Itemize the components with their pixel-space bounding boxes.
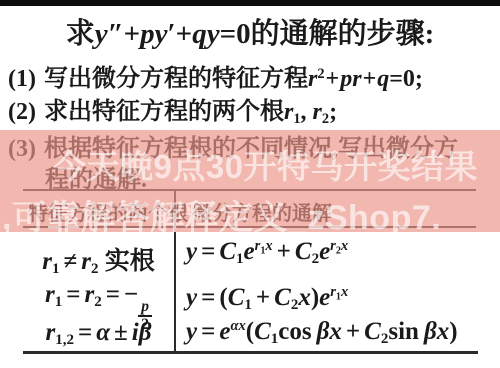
math-subscript-1: 1 (293, 111, 300, 127)
step-2-number: (2) (8, 99, 36, 125)
table-row-1-roots: r1≠r2 实根 (23, 241, 174, 278)
math-r: r (85, 281, 95, 308)
step-2-text: 求出特征方程的两个根 (44, 99, 284, 125)
fraction-numerator: p (138, 299, 152, 317)
math-comma: , (301, 99, 313, 125)
math-py: py (140, 18, 167, 50)
math-x: x (265, 238, 272, 254)
math-subscript-2: 2 (322, 111, 329, 127)
math-minus: − (124, 281, 138, 308)
step-2: (2)求出特征方程的两个根r1, r2; (8, 91, 337, 128)
math-equals: = (197, 238, 219, 265)
math-equals: = (197, 318, 219, 345)
math-y: y (186, 238, 197, 265)
math-subscript: 1 (244, 297, 252, 313)
math-x: x (298, 284, 311, 311)
math-double-prime: ″+ (108, 18, 141, 50)
math-plus: + (342, 318, 364, 345)
math-qy: qy (192, 18, 219, 50)
math-equals: = (74, 319, 96, 346)
math-subscript: 1 (236, 251, 244, 267)
step-1-text: 写出微分方程的特征方程 (44, 66, 308, 92)
math-C: C (274, 284, 291, 311)
math-paren-open: ( (219, 284, 227, 311)
math-C: C (364, 318, 381, 345)
math-plus: + (252, 284, 274, 311)
table-row-3-roots: r1,2=α±iβ (23, 319, 174, 349)
math-C: C (228, 284, 245, 311)
math-y: y (95, 18, 108, 50)
math-subscript: 2 (312, 251, 320, 267)
math-plus-minus: ± (110, 319, 132, 346)
math-i: i (132, 319, 139, 346)
math-beta-x: βx (317, 318, 342, 345)
math-paren-open: ( (246, 318, 254, 345)
math-subscript: 1 (52, 261, 60, 277)
page-title: 求y″+py′+qy=0的通解的步骤: (0, 11, 500, 52)
math-beta: β (139, 319, 152, 346)
math-plus: + (325, 66, 341, 92)
math-alpha: α (96, 319, 110, 346)
math-e: e (319, 284, 330, 311)
math-e: e (319, 238, 330, 265)
math-subscript: 1,2 (55, 332, 74, 348)
math-eq-zero-semicolon: =0; (389, 66, 423, 92)
spam-overlay-band: 今天晚9点30开特马开奖结果 ,可靠解答解释定义_zShop7. (0, 130, 500, 232)
math-r: r (284, 99, 293, 125)
step-1: (1)写出微分方程的特征方程r2+pr+q=0; (8, 58, 423, 93)
math-r: r (45, 319, 55, 346)
math-C: C (295, 238, 312, 265)
table-row-2-solution: y=(C1+C2x)er1x (186, 284, 348, 314)
math-equals: = (62, 281, 84, 308)
table-row-3-solution: y=eαx(C1cos βx+C2sin βx) (186, 318, 458, 348)
math-r: r (81, 248, 91, 275)
math-cos: cos (278, 318, 311, 345)
math-plus: + (273, 238, 295, 265)
math-exponent: r1x (255, 238, 273, 254)
math-y: y (186, 318, 197, 345)
math-exponent-2: 2 (317, 66, 324, 82)
math-x: x (341, 238, 348, 254)
math-y: y (186, 284, 197, 311)
math-eq-zero: =0 (220, 18, 251, 50)
real-roots-label: 实根 (105, 248, 155, 275)
title-suffix: 的通解的步骤: (251, 18, 435, 50)
math-r: r (313, 99, 322, 125)
top-border-bar (0, 0, 500, 6)
math-C: C (254, 318, 271, 345)
math-prime: ′+ (168, 18, 193, 50)
math-beta-x: βx (424, 318, 449, 345)
math-exponent: r2x (330, 238, 348, 254)
math-pr: pr (340, 66, 361, 92)
math-e: e (219, 318, 230, 345)
math-paren-close: ) (449, 318, 457, 345)
spam-overlay-text-line-1: 今天晚9点30开特马开奖结果 (53, 141, 478, 188)
textbook-page: 求y″+py′+qy=0的通解的步骤: (1)写出微分方程的特征方程r2+pr+… (0, 0, 500, 368)
math-subscript: 2 (91, 261, 99, 277)
math-exponent: αx (230, 318, 245, 334)
table-bottom-rule (23, 351, 478, 354)
math-exponent: r1x (330, 284, 348, 300)
math-paren-close: ) (311, 284, 319, 311)
step-1-number: (1) (8, 66, 36, 92)
math-x: x (341, 284, 348, 300)
math-plus: + (362, 66, 378, 92)
math-q: q (377, 66, 389, 92)
math-subscript: 2 (94, 294, 102, 310)
math-r: r (45, 281, 55, 308)
title-prefix: 求 (66, 18, 95, 50)
math-equals: = (197, 284, 219, 311)
math-C: C (219, 238, 236, 265)
math-sin: sin (388, 318, 419, 345)
spam-overlay-text-line-2: ,可靠解答解释定义_zShop7. (2, 190, 441, 239)
math-r: r (42, 248, 52, 275)
math-e: e (244, 238, 255, 265)
table-row-1-solution: y=C1er1x+C2er2x (186, 238, 348, 268)
math-r: r (308, 66, 317, 92)
math-equals: = (102, 281, 124, 308)
math-semicolon: ; (329, 99, 337, 125)
math-not-equal: ≠ (60, 248, 82, 275)
